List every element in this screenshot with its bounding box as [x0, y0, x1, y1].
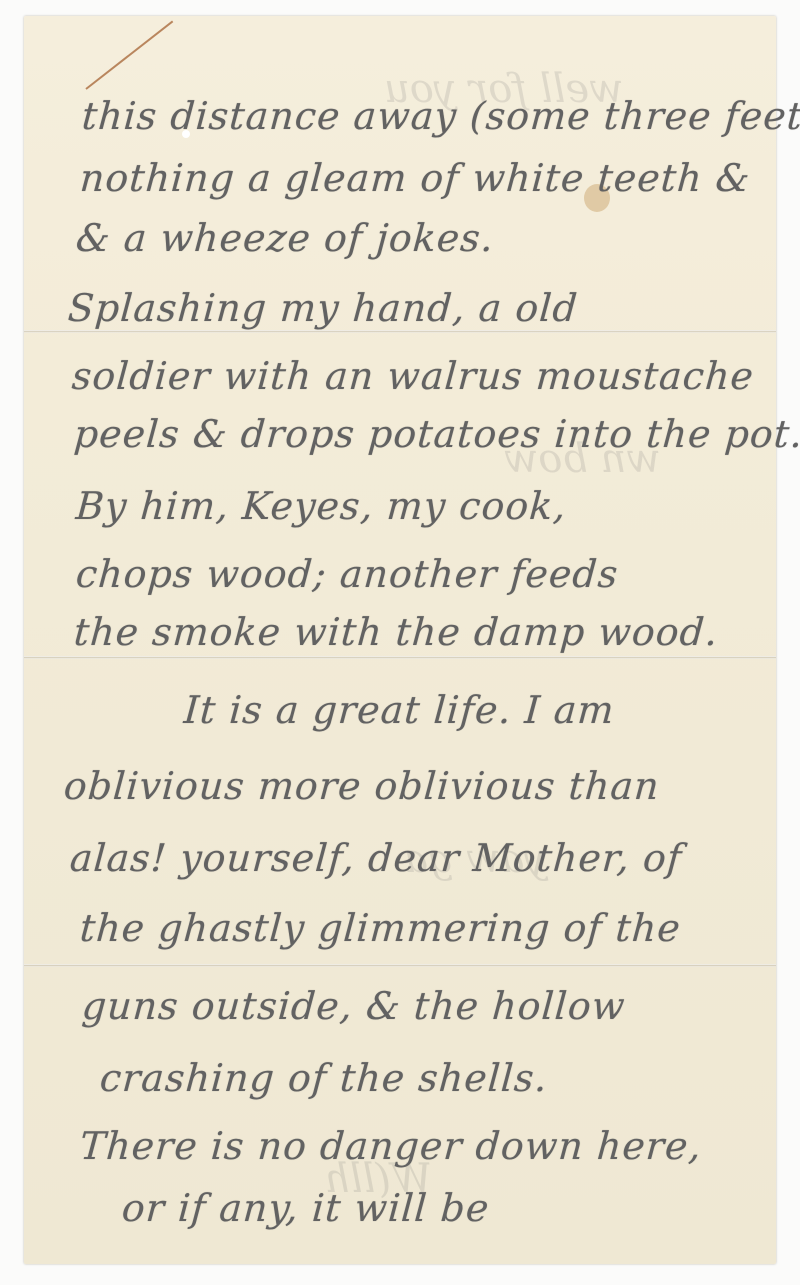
text-line-1: this distance away (some three feet)	[80, 94, 800, 138]
fold-crease	[24, 330, 776, 333]
text-line-10: It is a great life. I am	[182, 688, 616, 732]
text-line-14: guns outside, & the hollow	[80, 984, 626, 1028]
text-line-15: crashing of the shells.	[98, 1056, 549, 1100]
fold-crease	[24, 656, 776, 659]
text-line-8: chops wood; another feeds	[74, 552, 619, 596]
text-line-17: or if any, it will be	[120, 1186, 491, 1230]
text-line-16: There is no danger down here,	[78, 1124, 703, 1168]
text-line-2: nothing a gleam of white teeth &	[78, 156, 752, 200]
fold-crease	[24, 964, 776, 967]
text-line-11: oblivious more oblivious than	[62, 764, 661, 808]
letter-page: well for you wn bow yaw ga W(llh this di…	[24, 16, 776, 1264]
text-line-13: the ghastly glimmering of the	[78, 906, 682, 950]
text-line-6: peels & drops potatoes into the pot.	[72, 412, 800, 456]
text-line-4: Splashing my hand, a old	[66, 286, 579, 330]
text-line-3: & a wheeze of jokes.	[74, 216, 495, 260]
rust-mark	[85, 20, 173, 89]
text-line-7: By him, Keyes, my cook,	[74, 484, 568, 528]
text-line-9: the smoke with the damp wood.	[72, 610, 719, 654]
text-line-5: soldier with an walrus moustache	[70, 354, 755, 398]
text-line-12: alas! yourself, dear Mother, of	[68, 836, 683, 880]
